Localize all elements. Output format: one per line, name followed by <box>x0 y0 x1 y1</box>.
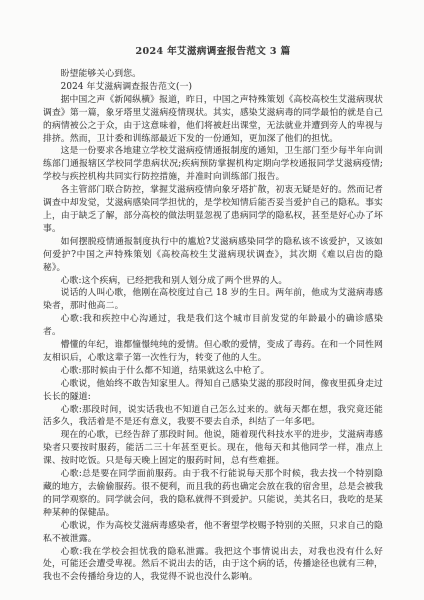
paragraph: 各主管部门联合防控，掌握艾滋病疫情向象牙塔扩散，初衷无疑是好的。然而记者调查中却… <box>43 184 383 236</box>
document-page: 2024 年艾滋病调查报告范文 3 篇 盼望能够关心到您。2024 年艾滋病调查… <box>0 0 424 600</box>
paragraph: 2024 年艾滋病调查报告范文(一) <box>43 81 383 94</box>
paragraph: 心歌:总是要在同学面前服药。由于我不行能说每天那个时候，我去找一个特别隐藏的地方… <box>43 468 383 520</box>
document-title: 2024 年艾滋病调查报告范文 3 篇 <box>43 45 383 58</box>
paragraph: 心歌:我和疾控中心沟通过，我是我们这个城市目前发觉的年龄最小的确诊感染者。 <box>43 313 383 339</box>
document-body: 盼望能够关心到您。2024 年艾滋病调查报告范文(一)据中国之声《新闻纵横》报道… <box>43 68 383 584</box>
paragraph: 据中国之声《新闻纵横》报道，昨日，中国之声特殊策划《高校高校生艾滋病现状调查》第… <box>43 94 383 146</box>
paragraph: 心歌:这个疾病，已经把我和别人划分成了两个世界的人。 <box>43 275 383 288</box>
paragraph: 心歌说，作为高校艾滋病毒感染者，他不奢望学校赐予特别的关照，只求自己的隐私不被泄… <box>43 520 383 546</box>
paragraph: 心歌:我在学校会担忧我的隐私泄露。我把这个事情说出去，对我也没有什么好处，可能还… <box>43 546 383 585</box>
paragraph: 心歌:那段时间，说实话我也不知道自己怎么过来的。就每天都在想，我究竟还能活多久，… <box>43 404 383 430</box>
paragraph: 盼望能够关心到您。 <box>43 68 383 81</box>
paragraph: 心歌说，他始终不敢告知家里人。得知自己感染艾滋的那段时间，像夜里孤身走过长长的隧… <box>43 378 383 404</box>
paragraph: 现在的心歌，已经告辞了那段时间。他说，随着现代科技水平的进步，艾滋病毒感染者只要… <box>43 429 383 468</box>
paragraph: 如何摆脱疫情通报制度执行中的尴尬?艾滋病感染同学的隐私该不该爱护，又该如何爱护?… <box>43 236 383 275</box>
paragraph: 说话的人叫心歌，他刚在高校度过自己 18 岁的生日。两年前，他成为艾滋病毒感染者… <box>43 287 383 313</box>
paragraph: 心歌:那时候由于什么都不知道，结果就这么中枪了。 <box>43 365 383 378</box>
paragraph: 懵懂的年纪，谁都憧憬纯纯的爱情。但心歌的爱情，变成了毒药。在和一个同性网友相识后… <box>43 339 383 365</box>
paragraph: 这是一份要求各地建立学校艾滋病疫情通报制度的通知，卫生部门至少每半年向训练部门通… <box>43 145 383 184</box>
